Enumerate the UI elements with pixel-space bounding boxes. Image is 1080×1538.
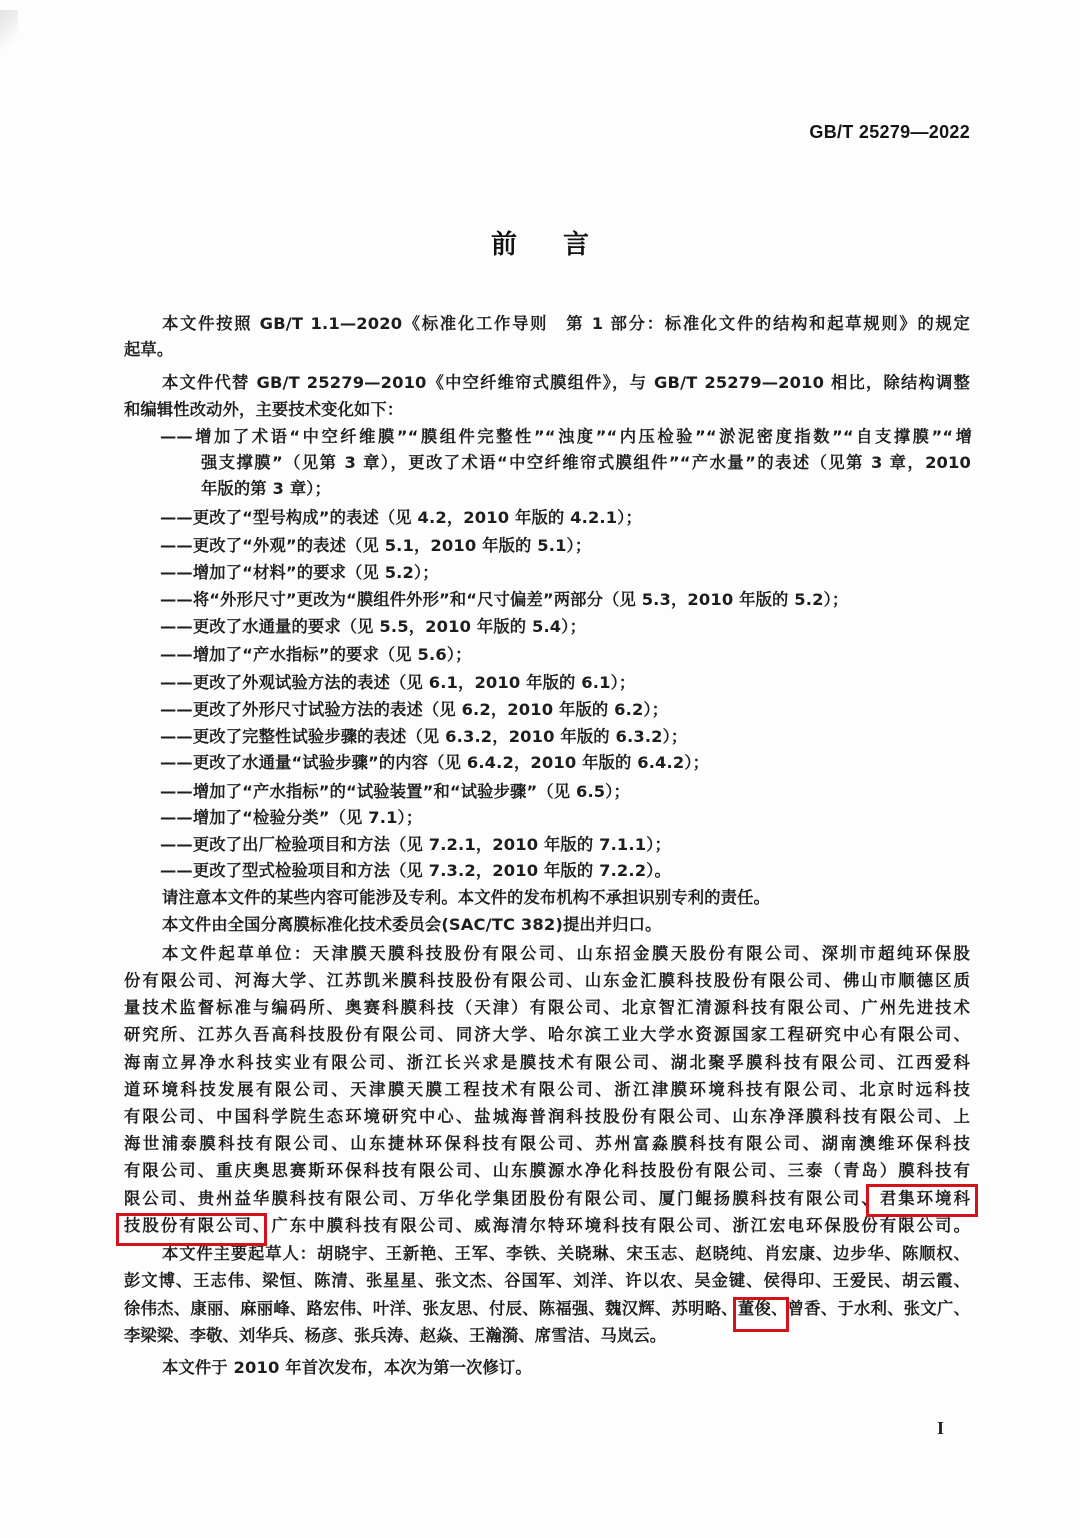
drafting-units-line: 限公司、贵州益华膜科技有限公司、万华化学集团股份有限公司、厦门鲲扬膜科技有限公司…	[124, 1189, 970, 1209]
drafting-units-line: 份有限公司、河海大学、江苏凯米膜科技股份有限公司、山东金汇膜科技股份有限公司、佛…	[124, 971, 970, 991]
drafting-units-line: 海南立昇净水科技实业有限公司、浙江长兴求是膜技术有限公司、湖北聚孚膜科技有限公司…	[124, 1053, 970, 1073]
change-item: ——更改了水通量的要求（见 5.5，2010 年版的 5.4）；	[160, 617, 586, 637]
document-page: GB/T 25279—2022 前言 本文件按照 GB/T 1.1—2020《标…	[0, 0, 1080, 1538]
page-number: I	[937, 1418, 944, 1439]
change-item: ——更改了完整性试验步骤的表述（见 6.3.2，2010 年版的 6.3.2）；	[160, 727, 687, 747]
drafters-line: 李梁梁、李敬、刘华兵、杨彦、张兵涛、赵焱、王瀚漪、席雪洁、马岚云。	[124, 1326, 666, 1346]
change-item: ——增加了“产水指标”的“试验装置”和“试验步骤”（见 6.5）；	[160, 782, 630, 802]
change-item: ——增加了“材料”的要求（见 5.2）；	[160, 563, 439, 583]
change-item: ——将“外形尺寸”更改为“膜组件外形”和“尺寸偏差”两部分（见 5.3，2010…	[160, 590, 848, 610]
paragraph-line: 本文件按照 GB/T 1.1—2020《标准化工作导则 第 1 部分：标准化文件…	[162, 314, 970, 334]
revision-history: 本文件于 2010 年首次发布，本次为第一次修订。	[162, 1358, 532, 1378]
change-item: ——更改了型式检验项目和方法（见 7.3.2，2010 年版的 7.2.2）。	[160, 861, 671, 881]
drafting-units-line: 量技术监督标准与编码所、奥赛科膜科技（天津）有限公司、北京智汇清源科技有限公司、…	[124, 998, 970, 1018]
change-item: ——更改了出厂检验项目和方法（见 7.2.1，2010 年版的 7.1.1）；	[160, 835, 671, 855]
change-item: ——更改了水通量“试验步骤”的内容（见 6.4.2，2010 年版的 6.4.2…	[160, 753, 709, 773]
drafting-units-line: 有限公司、重庆奥思赛斯环保科技有限公司、山东膜源水净化科技股份有限公司、三泰（青…	[124, 1161, 970, 1181]
highlight-box-junji-1	[866, 1184, 978, 1217]
change-item-continued: 强支撑膜”（见第 3 章），更改了术语“中空纤维帘式膜组件”“产水量”的表述（见…	[201, 453, 971, 473]
change-item-continued: 年版的第 3 章）；	[201, 479, 331, 499]
drafters-line: 本文件主要起草人：胡晓宇、王新艳、王军、李铁、关晓琳、宋玉志、赵晓纯、肖宏康、边…	[162, 1244, 970, 1264]
patent-note: 请注意本文件的某些内容可能涉及专利。本文件的发布机构不承担识别专利的责任。	[162, 888, 770, 908]
standard-code: GB/T 25279—2022	[809, 122, 970, 143]
change-item: ——更改了“外观”的表述（见 5.1，2010 年版的 5.1）；	[160, 536, 591, 556]
change-item: ——更改了外观试验方法的表述（见 6.1，2010 年版的 6.1）；	[160, 673, 635, 693]
highlight-box-junji-2	[116, 1213, 267, 1246]
drafters-line: 徐伟杰、康丽、麻丽峰、路宏伟、叶洋、张友思、付辰、陈福强、魏汉辉、苏明略、董俊、…	[124, 1299, 970, 1319]
drafting-units-line: 海世浦泰膜科技有限公司、山东捷林环保科技有限公司、苏州富淼膜科技有限公司、湖南澳…	[124, 1134, 970, 1154]
scan-smudge	[0, 10, 18, 50]
proposer-note: 本文件由全国分离膜标准化技术委员会(SAC/TC 382)提出并归口。	[162, 915, 662, 935]
drafting-units-line: 研究所、江苏久吾高科技股份有限公司、同济大学、哈尔滨工业大学水资源国家工程研究中…	[124, 1025, 970, 1045]
drafting-units-line: 道环境科技发展有限公司、天津膜天膜工程技术有限公司、浙江津膜环境科技有限公司、北…	[124, 1080, 970, 1100]
drafting-units-line: 本文件起草单位：天津膜天膜科技股份有限公司、山东招金膜天股份有限公司、深圳市超纯…	[162, 944, 970, 964]
drafters-line: 彭文博、王志伟、梁恒、陈清、张星星、张文杰、谷国军、刘洋、许以农、吴金键、侯得印…	[124, 1271, 970, 1291]
highlight-box-dongjun	[733, 1297, 789, 1332]
change-item: ——增加了术语“中空纤维膜”“膜组件完整性”“浊度”“内压检验”“淤泥密度指数”…	[160, 427, 972, 447]
drafting-units-line: 有限公司、中国科学院生态环境研究中心、盐城海普润科技股份有限公司、山东净泽膜科技…	[124, 1107, 970, 1127]
change-item: ——增加了“产水指标”的要求（见 5.6）；	[160, 645, 472, 665]
paragraph-line: 本文件代替 GB/T 25279—2010《中空纤维帘式膜组件》，与 GB/T …	[162, 373, 970, 393]
change-item: ——更改了“型号构成”的表述（见 4.2，2010 年版的 4.2.1）；	[160, 508, 642, 528]
change-item: ——增加了“检验分类”（见 7.1）；	[160, 808, 422, 828]
paragraph-line: 起草。	[124, 340, 173, 360]
paragraph-line: 和编辑性改动外，主要技术变化如下：	[124, 400, 403, 420]
page-title: 前言	[0, 224, 1080, 261]
change-item: ——更改了外形尺寸试验方法的表述（见 6.2，2010 年版的 6.2）；	[160, 700, 668, 720]
